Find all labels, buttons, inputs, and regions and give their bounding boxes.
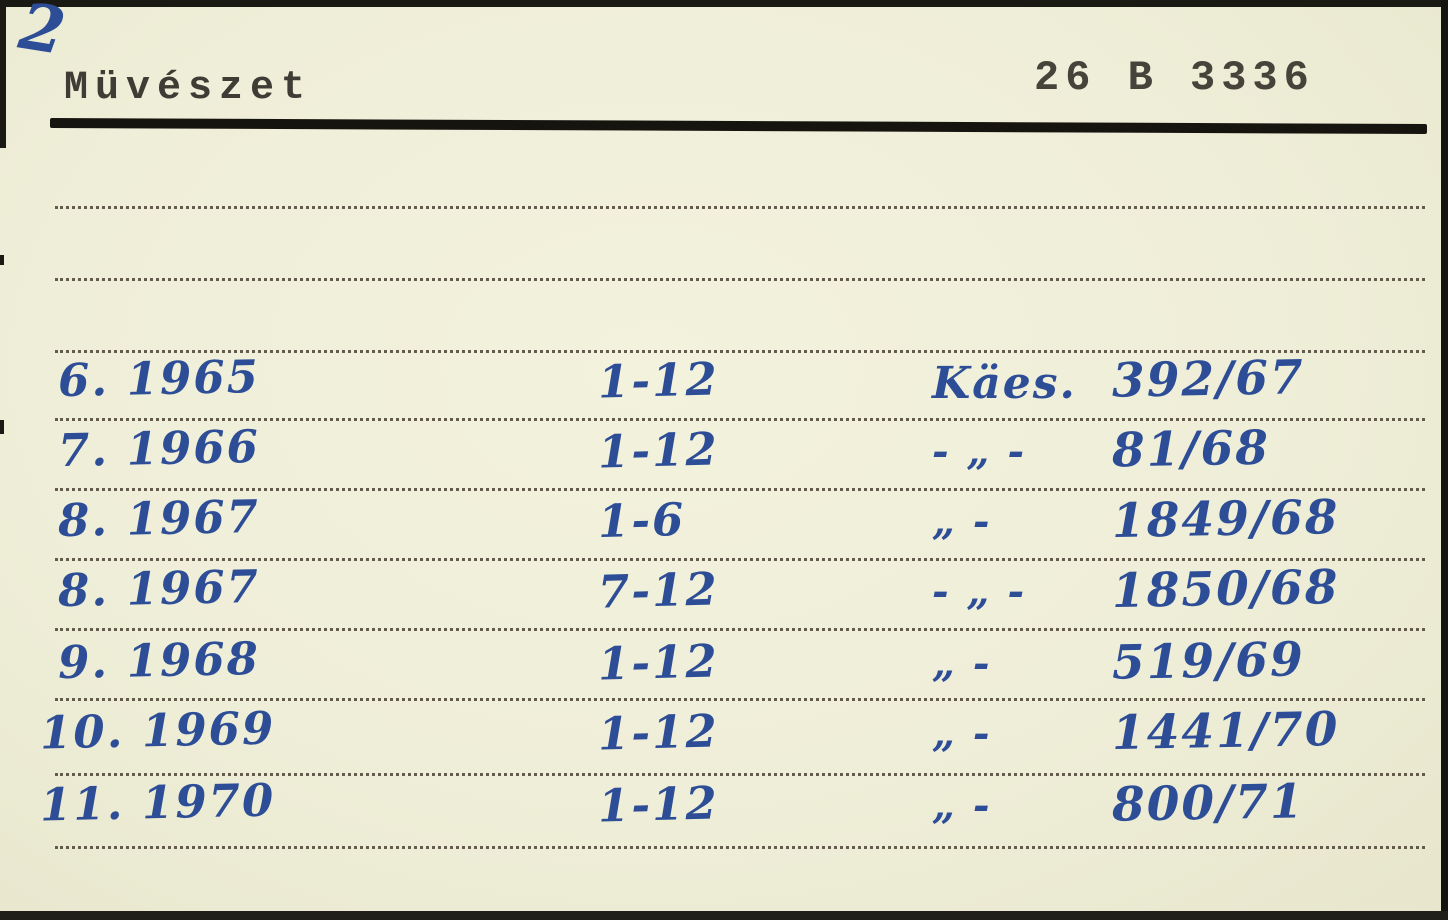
catalog-card-scan: 2 Müvészet 26 B 3336 6. 1965 1-12 Käes. …	[0, 0, 1448, 920]
accession-note: Käes.	[932, 356, 1112, 406]
ruled-line	[55, 206, 1425, 209]
accession-number: 800/71	[1112, 778, 1305, 828]
entry-row: 10. 1969 1-12 „ - 1441/70	[0, 708, 1448, 770]
ditto-mark: - „ -	[932, 426, 1112, 473]
card-bottom-edge	[0, 911, 1448, 920]
accession-number: 519/69	[1112, 636, 1305, 686]
card-left-edge-dash	[0, 255, 4, 265]
entry-row: 6. 1965 1-12 Käes. 392/67	[0, 356, 1448, 418]
card-title: Müvészet	[64, 66, 312, 111]
volume-year: 11. 1970	[40, 778, 276, 828]
ditto-mark: „ -	[932, 638, 1112, 685]
issue-range: 1-12	[597, 638, 719, 686]
ruled-line	[55, 488, 1425, 491]
issue-range: 1-12	[597, 780, 719, 828]
entry-row: 8. 1967 7-12 - „ - 1850/68	[0, 566, 1448, 628]
ditto-mark: - „ -	[932, 566, 1112, 613]
volume-year: 10. 1969	[40, 706, 276, 756]
issue-range: 1-12	[597, 356, 719, 404]
volume-year: 6. 1965	[58, 354, 261, 403]
header-rule	[50, 118, 1427, 134]
issue-range: 1-12	[597, 708, 719, 756]
volume-year: 9. 1968	[58, 636, 261, 685]
accession-number: 1850/68	[1112, 564, 1340, 615]
card-left-edge-mark	[0, 0, 6, 148]
entry-row: 8. 1967 1-6 „ - 1849/68	[0, 496, 1448, 558]
ruled-line	[55, 558, 1425, 561]
ditto-mark: „ -	[932, 496, 1112, 543]
issue-range: 7-12	[597, 566, 719, 614]
issue-range: 1-12	[597, 426, 719, 474]
volume-year: 8. 1967	[58, 564, 261, 613]
ditto-mark: „ -	[932, 708, 1112, 755]
accession-number: 1441/70	[1112, 706, 1340, 757]
volume-year: 8. 1967	[58, 494, 261, 543]
ditto-mark: „ -	[932, 780, 1112, 827]
call-number: 26 B 3336	[1034, 54, 1315, 102]
entry-row: 9. 1968 1-12 „ - 519/69	[0, 638, 1448, 700]
accession-number: 1849/68	[1112, 494, 1340, 545]
ruled-line	[55, 278, 1425, 281]
corner-number: 2	[14, 0, 72, 70]
volume-year: 7. 1966	[58, 424, 261, 473]
accession-number: 392/67	[1112, 354, 1306, 407]
entry-row: 7. 1966 1-12 - „ - 81/68	[0, 426, 1448, 488]
accession-number: 81/68	[1112, 425, 1271, 475]
ruled-line	[55, 628, 1425, 631]
card-top-edge	[0, 0, 1448, 7]
ruled-line	[55, 846, 1425, 849]
entry-row: 11. 1970 1-12 „ - 800/71	[0, 780, 1448, 842]
issue-range: 1-6	[597, 497, 685, 544]
